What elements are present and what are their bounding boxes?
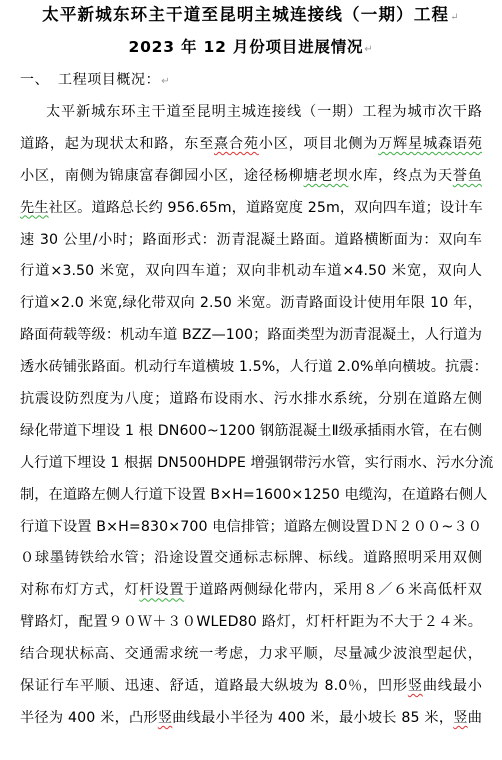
- text-run: 臂路灯，配置９０Ｗ＋３０WLED80 路灯，灯杆杆距为不大于２４米。: [20, 614, 482, 630]
- text-line: 道路，起为现状太和路，东至熹合苑小区，项目北侧为万辉星城森语苑: [20, 129, 482, 161]
- text-line: 行道×3.50 米宽，双向四车道；双向非机动车道×4.50 米宽，双向人: [20, 256, 482, 288]
- paragraph-mark-icon: ↵: [161, 76, 170, 87]
- grammar-flag: 杆设置: [139, 582, 184, 598]
- section-number: 一、: [20, 68, 58, 92]
- text-run: ０球墨铸铁给水管；沿途设置交通标志标牌、标线。道路照明采用双侧: [20, 550, 482, 566]
- document-subtitle: 2023 年 12 月份项目进展情况↵: [0, 34, 502, 63]
- grammar-flag: 塘老坝: [304, 168, 349, 184]
- text-line: 结合现状标高、交通需求统一考虑，力求平顺，尽量减少波浪型起伏，: [20, 639, 482, 671]
- text-run: 小区，南侧为锦康富春御园小区，途径杨柳: [20, 168, 304, 184]
- text-line: 行道×2.0 米宽,绿化带双向 2.50 米宽。沥青路面设计使用年限 10 年，: [20, 288, 482, 320]
- spelling-flag: 熹合苑: [214, 136, 259, 152]
- section-title: 工程项目概况：: [58, 72, 160, 88]
- text-run: 社区。道路总长约 956.65m，道路宽度 25m，双向四车道；设计车: [49, 200, 483, 216]
- text-run: 半径为 400 米，凸形: [20, 710, 158, 726]
- text-run: 人行道下埋设 1 根据 DN500HDPE 增强钢带污水管，实行雨水、污水分流: [20, 455, 493, 471]
- text-run: 道路，起为现状太和路，东至: [20, 136, 214, 152]
- text-line: 速 30 公里/小时；路面形式：沥青混凝土路面。道路横断面为：双向车: [20, 225, 482, 257]
- text-run: 行道×2.0 米宽,绿化带双向 2.50 米宽。沥青路面设计使用年限 10 年，: [20, 295, 482, 311]
- title-line-1: 太平新城东环主干道至昆明主城连接线（一期）工程: [42, 5, 449, 24]
- text-run: 太平新城东环主干道至昆明主城连接线（一期）工程为城市次干路: [46, 104, 482, 120]
- text-line: 行道下设置 B×H=830×700 电信排管；道路左侧设置ＤＮ２００~３０: [20, 512, 482, 544]
- text-run: 小区，项目北侧为: [259, 136, 378, 152]
- text-line: 小区，南侧为锦康富春御园小区，途径杨柳塘老坝水库，终点为天誉鱼: [20, 161, 482, 193]
- text-run: 绿化带道下埋设 1 根 DN600~1200 钢筋混凝土Ⅱ级承插雨水管，在右侧: [20, 423, 482, 439]
- body-paragraph[interactable]: 太平新城东环主干道至昆明主城连接线（一期）工程为城市次干路道路，起为现状太和路，…: [20, 97, 482, 735]
- spelling-flag: 竖: [158, 710, 172, 726]
- grammar-flag: 誉鱼: [453, 168, 482, 184]
- text-run: 保证行车平顺、迅速、舒适，道路最大纵坡为 8.0％，凹形: [20, 678, 408, 694]
- text-run: 速 30 公里/小时；路面形式：沥青混凝土路面。道路横断面为：双向车: [20, 232, 482, 248]
- text-run: 路面荷载等级：机动车道 BZZ—100；路面类型为沥青混凝土，人行道为: [20, 327, 482, 343]
- text-line: 抗震设防烈度为八度；道路布设雨水、污水排水系统，分别在道路左侧: [20, 384, 482, 416]
- text-line: 人行道下埋设 1 根据 DN500HDPE 增强钢带污水管，实行雨水、污水分流: [20, 448, 482, 480]
- text-line: 半径为 400 米，凸形竖曲线最小半径为 400 米，最小坡长 85 米，竖曲: [20, 703, 482, 735]
- text-run: 对称布灯方式，灯: [20, 582, 139, 598]
- text-line: 绿化带道下埋设 1 根 DN600~1200 钢筋混凝土Ⅱ级承插雨水管，在右侧: [20, 416, 482, 448]
- text-run: 曲线最小: [423, 678, 482, 694]
- text-run: 制，在道路左侧人行道下设置 B×H=1600×1250 电缆沟，在道路右侧人: [20, 487, 487, 503]
- text-run: 抗震设防烈度为八度；道路布设雨水、污水排水系统，分别在道路左侧: [20, 391, 482, 407]
- text-run: 行道下设置 B×H=830×700 电信排管；道路左侧设置ＤＮ２００~３０: [20, 519, 482, 535]
- paragraph-mark-icon: ↵: [364, 44, 373, 55]
- spelling-flag: 竖: [408, 678, 423, 694]
- text-run: 透水砖铺张路面。机动行车道横坡 1.5%，人行道 2.0%单向横坡。抗震：: [20, 359, 488, 375]
- paragraph-mark-icon: ↵: [450, 12, 460, 23]
- section-heading: 一、工程项目概况：↵: [20, 68, 170, 94]
- text-line: 保证行车平顺、迅速、舒适，道路最大纵坡为 8.0％，凹形竖曲线最小: [20, 671, 482, 703]
- text-run: 于道路两侧绿化带内，采用８／６米高低杆双: [184, 582, 482, 598]
- text-line: 路面荷载等级：机动车道 BZZ—100；路面类型为沥青混凝土，人行道为: [20, 320, 482, 352]
- text-run: 曲线最小半径为 400 米，最小坡长 85 米，: [172, 710, 453, 726]
- text-line: 制，在道路左侧人行道下设置 B×H=1600×1250 电缆沟，在道路右侧人: [20, 480, 482, 512]
- text-line: ０球墨铸铁给水管；沿途设置交通标志标牌、标线。道路照明采用双侧: [20, 543, 482, 575]
- text-line: 透水砖铺张路面。机动行车道横坡 1.5%，人行道 2.0%单向横坡。抗震：: [20, 352, 482, 384]
- document-title: 太平新城东环主干道至昆明主城连接线（一期）工程↵: [0, 2, 502, 31]
- title-line-2: 2023 年 12 月份项目进展情况: [129, 38, 364, 56]
- text-run: 结合现状标高、交通需求统一考虑，力求平顺，尽量减少波浪型起伏，: [20, 646, 482, 662]
- text-run: 行道×3.50 米宽，双向四车道；双向非机动车道×4.50 米宽，双向人: [20, 263, 482, 279]
- text-line: 对称布灯方式，灯杆设置于道路两侧绿化带内，采用８／６米高低杆双: [20, 575, 482, 607]
- spelling-flag: 竖: [453, 710, 467, 726]
- grammar-flag: 万辉星城森语苑: [378, 136, 482, 152]
- grammar-flag: 先生: [20, 200, 49, 216]
- text-run: 水库，终点为天: [348, 168, 452, 184]
- text-run: 曲: [468, 710, 482, 726]
- text-line: 太平新城东环主干道至昆明主城连接线（一期）工程为城市次干路: [20, 97, 482, 129]
- text-line: 先生社区。道路总长约 956.65m，道路宽度 25m，双向四车道；设计车: [20, 193, 482, 225]
- text-line: 臂路灯，配置９０Ｗ＋３０WLED80 路灯，灯杆杆距为不大于２４米。: [20, 607, 482, 639]
